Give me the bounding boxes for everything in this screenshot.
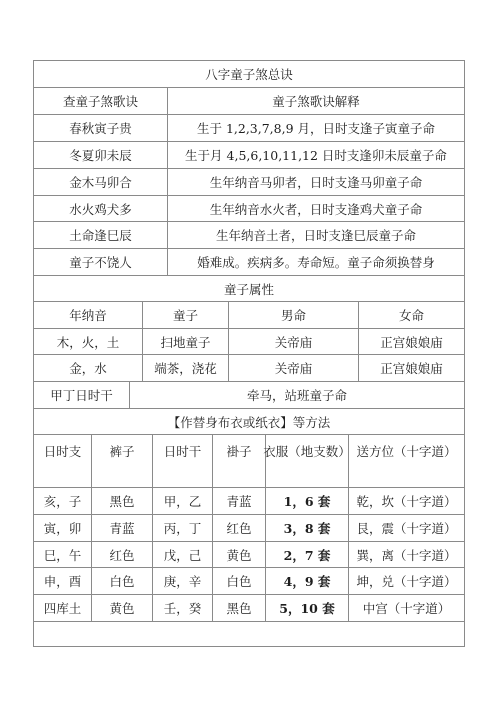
trousers-cell: 白色 <box>92 568 152 594</box>
header-jacket: 褂子 <box>213 435 265 487</box>
header-day-hour-stem: 日时干 <box>153 435 212 487</box>
header-trousers: 裤子 <box>92 435 152 487</box>
clothes-count-cell: 4，9 套 <box>266 568 348 594</box>
direction-cell: 艮，震（十字道） <box>349 515 464 541</box>
explanation-cell: 生年纳音马卯者，日时支逢马卯童子命 <box>168 169 464 195</box>
explanation-cell: 婚难成。疾病多。寿命短。童子命须换替身 <box>168 249 464 275</box>
stem-cell: 戊，己 <box>153 542 212 567</box>
direction-cell: 中宫（十字道） <box>349 595 464 621</box>
male-cell: 关帝庙 <box>229 355 358 381</box>
direction-cell: 坤，兑（十字道） <box>349 568 464 594</box>
empty-row <box>34 622 464 646</box>
verse-cell: 金木马卯合 <box>34 169 167 195</box>
male-cell: 关帝庙 <box>229 329 358 354</box>
header-day-hour-branch: 日时支 <box>34 435 91 487</box>
header-tongzi: 童子 <box>143 302 228 328</box>
direction-cell: 巽，离（十字道） <box>349 542 464 567</box>
special-label: 甲丁日时干 <box>34 382 129 408</box>
stem-cell: 丙，丁 <box>153 515 212 541</box>
verse-cell: 水火鸡犬多 <box>34 196 167 221</box>
jacket-cell: 青蓝 <box>213 488 265 514</box>
trousers-cell: 青蓝 <box>92 515 152 541</box>
jacket-cell: 红色 <box>213 515 265 541</box>
clothes-count-cell: 5，10 套 <box>266 595 348 621</box>
stem-cell: 甲，乙 <box>153 488 212 514</box>
nayin-cell: 木，火，土 <box>34 329 142 354</box>
branch-cell: 巳，午 <box>34 542 91 567</box>
jacket-cell: 黑色 <box>213 595 265 621</box>
verse-cell: 春秋寅子贵 <box>34 115 167 141</box>
special-value: 牵马，站班童子命 <box>130 382 464 408</box>
trousers-cell: 黑色 <box>92 488 152 514</box>
female-cell: 正宫娘娘庙 <box>359 355 464 381</box>
jacket-cell: 黄色 <box>213 542 265 567</box>
clothes-count-cell: 1，6 套 <box>266 488 348 514</box>
section-title-attributes: 童子属性 <box>34 276 464 301</box>
header-nayin: 年纳音 <box>34 302 142 328</box>
branch-cell: 申，酉 <box>34 568 91 594</box>
clothes-count-cell: 3，8 套 <box>266 515 348 541</box>
bazi-tongzi-table: 八字童子煞总诀 查童子煞歌诀 童子煞歌诀解释 春秋寅子贵 生于 1,2,3,7,… <box>33 60 465 647</box>
explanation-cell: 生于 1,2,3,7,8,9 月，日时支逢子寅童子命 <box>168 115 464 141</box>
explanation-cell: 生年纳音水火者，日时支逢鸡犬童子命 <box>168 196 464 221</box>
branch-cell: 亥，子 <box>34 488 91 514</box>
section-title-methods: 【作替身布衣或纸衣】等方法 <box>34 409 464 434</box>
female-cell: 正宫娘娘庙 <box>359 329 464 354</box>
header-clothes-count: 衣服（地支数） <box>266 435 348 487</box>
header-male: 男命 <box>229 302 358 328</box>
clothes-count-cell: 2，7 套 <box>266 542 348 567</box>
jacket-cell: 白色 <box>213 568 265 594</box>
header-direction: 送方位（十字道） <box>349 435 464 487</box>
table-title: 八字童子煞总诀 <box>34 61 464 87</box>
verse-cell: 冬夏卯未辰 <box>34 142 167 168</box>
trousers-cell: 黄色 <box>92 595 152 621</box>
branch-cell: 寅，卯 <box>34 515 91 541</box>
explanation-cell: 生年纳音土者，日时支逢巳辰童子命 <box>168 222 464 248</box>
header-verse: 查童子煞歌诀 <box>34 88 167 114</box>
verse-cell: 童子不饶人 <box>34 249 167 275</box>
stem-cell: 庚，辛 <box>153 568 212 594</box>
explanation-cell: 生于月 4,5,6,10,11,12 日时支逢卯未辰童子命 <box>168 142 464 168</box>
tongzi-cell: 扫地童子 <box>143 329 228 354</box>
verse-cell: 土命逢巳辰 <box>34 222 167 248</box>
branch-cell: 四库土 <box>34 595 91 621</box>
header-female: 女命 <box>359 302 464 328</box>
trousers-cell: 红色 <box>92 542 152 567</box>
header-explanation: 童子煞歌诀解释 <box>168 88 464 114</box>
nayin-cell: 金，水 <box>34 355 142 381</box>
tongzi-cell: 端茶，浇花 <box>143 355 228 381</box>
direction-cell: 乾，坎（十字道） <box>349 488 464 514</box>
stem-cell: 壬，癸 <box>153 595 212 621</box>
